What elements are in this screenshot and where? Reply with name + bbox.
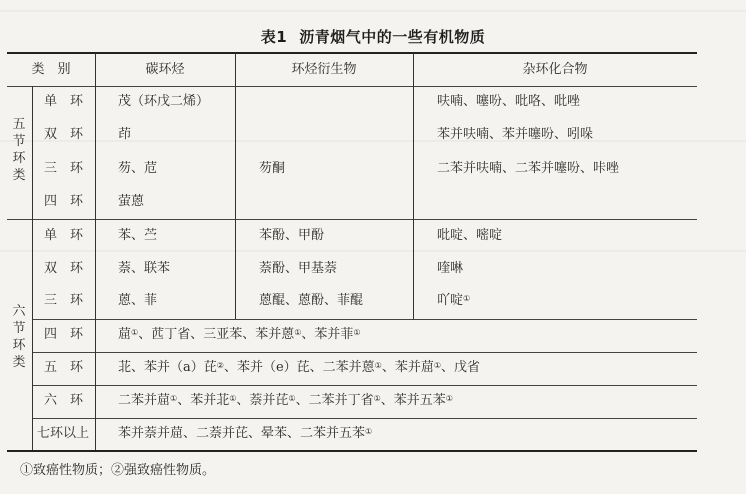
row-heterocyclic: 苯并呋喃、苯并噻吩、吲哚 (437, 127, 593, 143)
header-derivatives: 环烃衍生物 (235, 62, 413, 78)
header-category: 类 别 (7, 62, 95, 78)
merged-row-compounds: 二苯并䓛①、苯并苝①、萘并芘①、二苯并丁省①、苯并五苯① (118, 393, 453, 409)
row-line (32, 385, 697, 386)
group-label-char: 类 (11, 354, 27, 371)
compound: 苯并萘并䓛、二萘并芘、晕苯、二苯并五苯 (118, 426, 365, 441)
footnote-marker: ① (446, 394, 453, 403)
footnote-marker: ① (229, 394, 236, 403)
background-texture (0, 140, 746, 142)
row-carbocyclic: 茚 (118, 127, 131, 143)
compound: 、苯并菲 (301, 327, 353, 342)
header-carbocyclic: 碳环烃 (95, 62, 235, 78)
row-subcategory: 单 环 (44, 94, 83, 110)
group-label-char: 六 (11, 303, 27, 320)
compound: 苝、苯并（a）芘 (118, 360, 217, 375)
compound: 、萘并芘 (236, 393, 288, 408)
row-carbocyclic: 萤蒽 (118, 194, 144, 210)
row-derivatives: 苯酚、甲酚 (259, 228, 324, 244)
footnote-marker: ① (288, 394, 295, 403)
footnote-marker: ① (170, 394, 177, 403)
table-number: 表1 (261, 28, 287, 46)
footnote-marker: ① (463, 294, 470, 303)
group-label-char: 五 (11, 116, 27, 133)
col-line-carbocyclic (95, 53, 96, 450)
row-subcategory: 五 环 (44, 360, 83, 376)
row-subcategory: 三 环 (44, 293, 83, 309)
footnote-marker: ① (131, 328, 138, 337)
merged-row-compounds: 苯并萘并䓛、二萘并芘、晕苯、二苯并五苯① (118, 426, 372, 442)
row-carbocyclic: 芴、苊 (118, 161, 157, 177)
group-label-char: 类 (11, 167, 27, 184)
merged-row-compounds: 䓛①、苉丁省、三亚苯、苯并蒽①、苯并菲① (118, 327, 361, 343)
row-derivatives: 蒽醌、蒽酚、菲醌 (259, 293, 363, 309)
row-carbocyclic: 茂（环戊二烯） (118, 94, 209, 110)
row-line (32, 352, 697, 353)
row-carbocyclic: 蒽、菲 (118, 293, 157, 309)
cell-text: 吖啶 (437, 293, 463, 308)
row-heterocyclic: 二苯并呋喃、二苯并噻吩、咔唑 (437, 161, 619, 177)
row-heterocyclic: 吡啶、嘧啶 (437, 228, 502, 244)
row-heterocyclic: 喹啉 (437, 261, 463, 277)
compound: 、二苯并丁省 (296, 393, 374, 408)
compound: 二苯并䓛 (118, 393, 170, 408)
row-line (32, 418, 697, 419)
compound: 、苯并五苯 (381, 393, 446, 408)
header-heterocyclic: 杂环化合物 (413, 62, 697, 78)
row-subcategory: 单 环 (44, 228, 83, 244)
group-label-char: 节 (11, 133, 27, 150)
group-label-char: 节 (11, 320, 27, 337)
row-subcategory: 四 环 (44, 194, 83, 210)
row-heterocyclic: 呋喃、噻吩、吡咯、吡唑 (437, 94, 580, 110)
row-carbocyclic: 苯、苎 (118, 228, 157, 244)
background-texture (0, 10, 746, 12)
footnote-marker: ① (365, 427, 372, 436)
group-separator-line (7, 219, 697, 220)
row-subcategory: 三 环 (44, 161, 83, 177)
col-line-subcategory (32, 86, 33, 450)
header-bottom-line (7, 86, 697, 87)
merged-row-compounds: 苝、苯并（a）芘②、苯并（e）芘、二苯并蒽①、苯并䓛①、戊省 (118, 360, 480, 376)
group-label-char: 环 (11, 337, 27, 354)
compound: 、苯并苝 (177, 393, 229, 408)
compound: 䓛 (118, 327, 131, 342)
bottom-rule (7, 450, 697, 452)
row-line (32, 319, 697, 320)
compound: 、苯并（e）芘、二苯并蒽 (224, 360, 375, 375)
row-subcategory: 双 环 (44, 127, 83, 143)
row-derivatives: 萘酚、甲基萘 (259, 261, 337, 277)
compound: 、戊省 (441, 360, 480, 375)
footnote-marker: ① (434, 361, 441, 370)
footnote-marker: ① (353, 328, 360, 337)
background-texture (0, 250, 746, 252)
row-subcategory: 六 环 (44, 393, 83, 409)
table-footnote: ①致癌性物质；②强致癌性物质。 (20, 459, 215, 478)
col-line-heterocyclic (413, 53, 414, 319)
row-subcategory: 七环以上 (37, 426, 89, 442)
footnote-marker: ① (374, 394, 381, 403)
footnote-marker: ① (375, 361, 382, 370)
footnote-marker: ① (294, 328, 301, 337)
group-label-char: 环 (11, 150, 27, 167)
row-subcategory: 双 环 (44, 261, 83, 277)
group-label-six-membered: 六 节 环 类 (11, 303, 27, 371)
table-title: 表1沥青烟气中的一些有机物质 (0, 26, 746, 47)
row-derivatives: 芴酮 (259, 161, 285, 177)
group-label-five-membered: 五 节 环 类 (11, 116, 27, 184)
footnote-marker: ② (217, 361, 224, 370)
col-line-derivatives (235, 53, 236, 319)
row-heterocyclic: 吖啶① (437, 293, 470, 309)
compound: 、苉丁省、三亚苯、苯并蒽 (138, 327, 294, 342)
table-title-text: 沥青烟气中的一些有机物质 (299, 28, 485, 46)
row-carbocyclic: 萘、联苯 (118, 261, 170, 277)
row-subcategory: 四 环 (44, 327, 83, 343)
top-rule (7, 52, 697, 54)
compound: 、苯并䓛 (382, 360, 434, 375)
